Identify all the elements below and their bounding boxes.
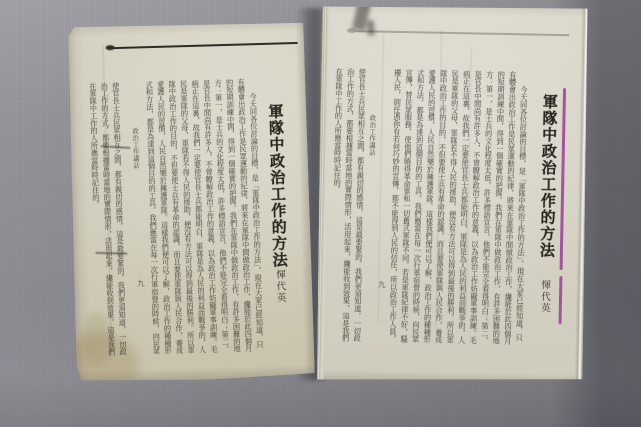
page-number: 九 <box>135 279 146 291</box>
body-text-continued: 使官長士兵民眾相互之間，都有親切的感情，這是最要緊的。我們更須知道，一切政治工作… <box>82 82 130 359</box>
right-page: 軍隊中政治工作的方法 惲代英 今天同各位討論的目標，是「軍隊中政治工作的方法」。… <box>314 3 589 384</box>
backdrop-bottom-shadow <box>0 377 641 427</box>
body-text-main: 今天同各位討論的目標，是「軍隊中政治工作的方法」。現在大家已經知道，只有體會出政… <box>145 78 267 357</box>
title-emphasis-line <box>560 88 566 270</box>
side-note: 政治工作講話 <box>367 114 377 166</box>
author-name: 惲代英 <box>272 269 287 317</box>
article-title: 軍隊中政治工作的方法 <box>537 94 561 266</box>
article-title: 軍隊中政治工作的方法 <box>265 103 291 276</box>
author-name: 惲代英 <box>536 280 551 328</box>
photo-backdrop: 軍隊中政治工作的方法 惲代英 今天同各位討論的目標，是「軍隊中政治工作的方法」。… <box>0 0 641 427</box>
frame-top-rule <box>110 42 298 49</box>
author-emphasis-line <box>559 276 563 324</box>
fold-crease <box>378 33 385 323</box>
page-number: 九 <box>376 281 387 293</box>
side-note: 政治工作講話 <box>130 127 140 179</box>
body-text-main: 今天同各位討論的目標，是「軍隊中政治工作的方法」。現在大家已經知道，只有體會出政… <box>387 69 530 348</box>
ink-smudge <box>366 20 375 36</box>
body-text-continued: 使官長士兵民眾相互之間，都有親切的感情，這是最要緊的。我們更須知道，一切政治工作… <box>327 68 368 345</box>
left-page: 軍隊中政治工作的方法 惲代英 今天同各位討論的目標，是「軍隊中政治工作的方法」。… <box>67 21 315 384</box>
